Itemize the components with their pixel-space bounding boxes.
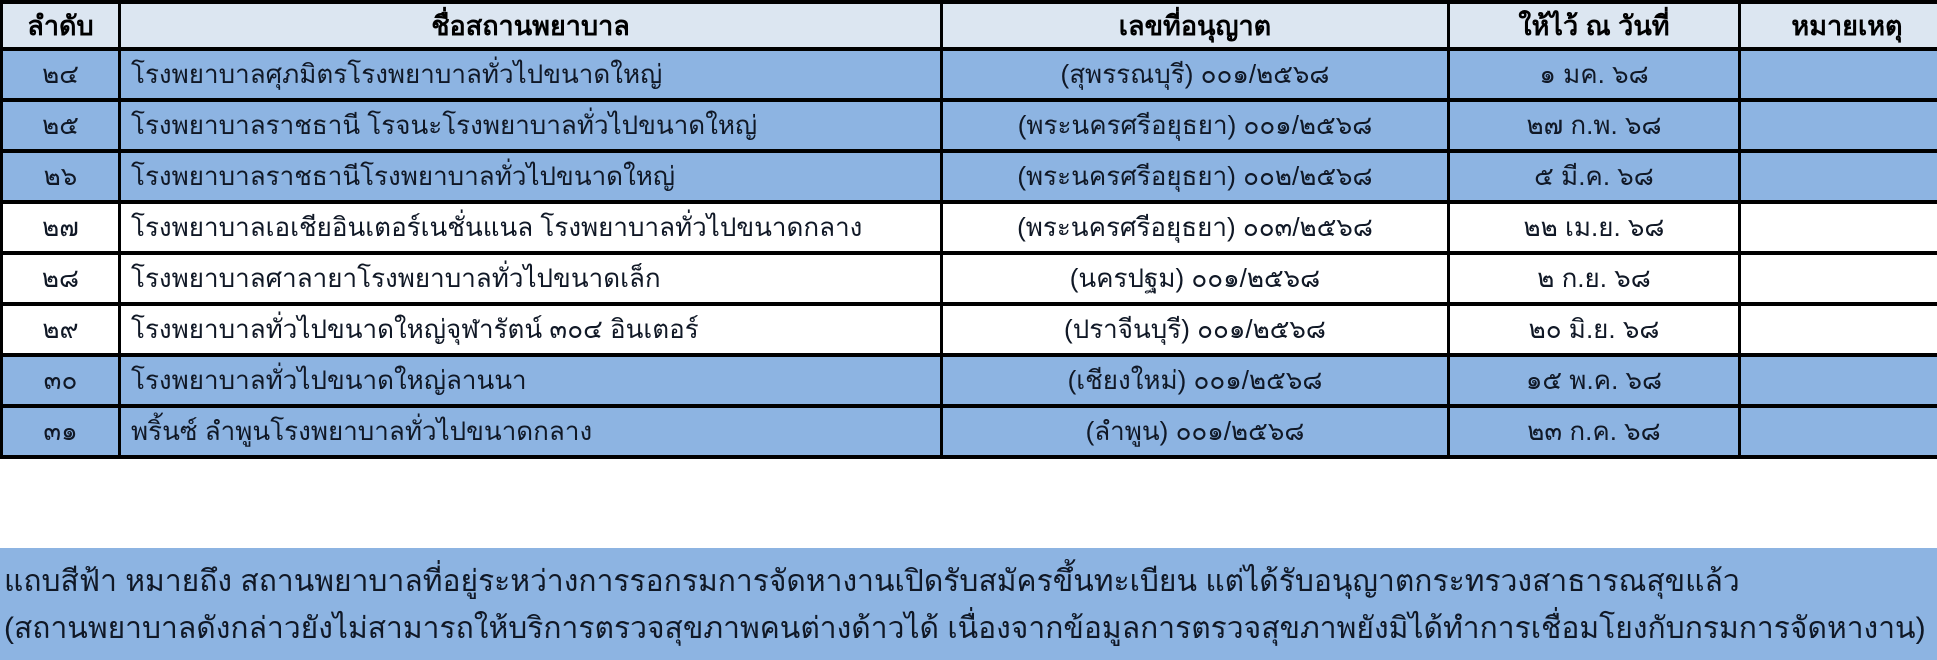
table-row: ๓๐โรงพยาบาลทั่วไปขนาดใหญ่ลานนา(เชียงใหม่… xyxy=(2,355,1937,406)
cell-license: (ลำพูน) ๐๐๑/๒๕๖๘ xyxy=(942,406,1449,457)
header-name: ชื่อสถานพยาบาล xyxy=(120,2,942,49)
table-row: ๒๙โรงพยาบาลทั่วไปขนาดใหญ่จุฬารัตน์ ๓๐๔ อ… xyxy=(2,304,1937,355)
table-row: ๒๖โรงพยาบาลราชธานีโรงพยาบาลทั่วไปขนาดใหญ… xyxy=(2,151,1937,202)
cell-no: ๒๗ xyxy=(2,202,120,253)
cell-license: (พระนครศรีอยุธยา) ๐๐๒/๒๕๖๘ xyxy=(942,151,1449,202)
header-no: ลำดับ xyxy=(2,2,120,49)
cell-name: โรงพยาบาลศาลายาโรงพยาบาลทั่วไปขนาดเล็ก xyxy=(120,253,942,304)
cell-remark xyxy=(1740,49,1937,100)
legend-line-2: (สถานพยาบาลดังกล่าวยังไม่สามารถให้บริการ… xyxy=(4,605,1933,652)
cell-no: ๒๕ xyxy=(2,100,120,151)
table-row: ๒๔โรงพยาบาลศุภมิตรโรงพยาบาลทั่วไปขนาดใหญ… xyxy=(2,49,1937,100)
header-row: ลำดับ ชื่อสถานพยาบาล เลขที่อนุญาต ให้ไว้… xyxy=(2,2,1937,49)
cell-remark xyxy=(1740,304,1937,355)
table-legend-gap xyxy=(0,459,1937,547)
cell-license: (นครปฐม) ๐๐๑/๒๕๖๘ xyxy=(942,253,1449,304)
cell-no: ๓๑ xyxy=(2,406,120,457)
cell-remark xyxy=(1740,355,1937,406)
cell-name: โรงพยาบาลราชธานี โรจนะโรงพยาบาลทั่วไปขนา… xyxy=(120,100,942,151)
cell-name: โรงพยาบาลทั่วไปขนาดใหญ่ลานนา xyxy=(120,355,942,406)
cell-remark xyxy=(1740,100,1937,151)
table-row: ๓๑พริ้นซ์ ลำพูนโรงพยาบาลทั่วไปขนาดกลาง(ล… xyxy=(2,406,1937,457)
table-row: ๒๕โรงพยาบาลราชธานี โรจนะโรงพยาบาลทั่วไปข… xyxy=(2,100,1937,151)
cell-date: ๑ มค. ๖๘ xyxy=(1449,49,1740,100)
cell-name: พริ้นซ์ ลำพูนโรงพยาบาลทั่วไปขนาดกลาง xyxy=(120,406,942,457)
header-date: ให้ไว้ ณ วันที่ xyxy=(1449,2,1740,49)
cell-no: ๒๔ xyxy=(2,49,120,100)
hospital-table-header: ลำดับ ชื่อสถานพยาบาล เลขที่อนุญาต ให้ไว้… xyxy=(2,2,1937,49)
hospital-table: ลำดับ ชื่อสถานพยาบาล เลขที่อนุญาต ให้ไว้… xyxy=(0,0,1937,459)
cell-remark xyxy=(1740,253,1937,304)
cell-date: ๒๓ ก.ค. ๖๘ xyxy=(1449,406,1740,457)
cell-no: ๓๐ xyxy=(2,355,120,406)
cell-date: ๕ มี.ค. ๖๘ xyxy=(1449,151,1740,202)
cell-date: ๒ ก.ย. ๖๘ xyxy=(1449,253,1740,304)
cell-license: (เชียงใหม่) ๐๐๑/๒๕๖๘ xyxy=(942,355,1449,406)
cell-name: โรงพยาบาลทั่วไปขนาดใหญ่จุฬารัตน์ ๓๐๔ อิน… xyxy=(120,304,942,355)
cell-date: ๒๒ เม.ย. ๖๘ xyxy=(1449,202,1740,253)
cell-remark xyxy=(1740,406,1937,457)
hospital-table-body: ๒๔โรงพยาบาลศุภมิตรโรงพยาบาลทั่วไปขนาดใหญ… xyxy=(2,49,1937,457)
cell-name: โรงพยาบาลเอเชียอินเตอร์เนชั่นแนล โรงพยาบ… xyxy=(120,202,942,253)
cell-license: (พระนครศรีอยุธยา) ๐๐๑/๒๕๖๘ xyxy=(942,100,1449,151)
cell-name: โรงพยาบาลราชธานีโรงพยาบาลทั่วไปขนาดใหญ่ xyxy=(120,151,942,202)
header-license: เลขที่อนุญาต xyxy=(942,2,1449,49)
cell-license: (พระนครศรีอยุธยา) ๐๐๓/๒๕๖๘ xyxy=(942,202,1449,253)
table-row: ๒๘โรงพยาบาลศาลายาโรงพยาบาลทั่วไปขนาดเล็ก… xyxy=(2,253,1937,304)
cell-date: ๑๕ พ.ค. ๖๘ xyxy=(1449,355,1740,406)
table-row: ๒๗โรงพยาบาลเอเชียอินเตอร์เนชั่นแนล โรงพย… xyxy=(2,202,1937,253)
legend-line-1: แถบสีฟ้า หมายถึง สถานพยาบาลที่อยู่ระหว่า… xyxy=(4,558,1933,605)
cell-license: (ปราจีนบุรี) ๐๐๑/๒๕๖๘ xyxy=(942,304,1449,355)
cell-no: ๒๘ xyxy=(2,253,120,304)
cell-no: ๒๙ xyxy=(2,304,120,355)
header-remark: หมายเหตุ xyxy=(1740,2,1937,49)
hospital-registry-page: ลำดับ ชื่อสถานพยาบาล เลขที่อนุญาต ให้ไว้… xyxy=(0,0,1937,660)
cell-no: ๒๖ xyxy=(2,151,120,202)
cell-remark xyxy=(1740,202,1937,253)
cell-date: ๒๐ มิ.ย. ๖๘ xyxy=(1449,304,1740,355)
cell-remark xyxy=(1740,151,1937,202)
cell-name: โรงพยาบาลศุภมิตรโรงพยาบาลทั่วไปขนาดใหญ่ xyxy=(120,49,942,100)
blue-row-legend: แถบสีฟ้า หมายถึง สถานพยาบาลที่อยู่ระหว่า… xyxy=(0,548,1937,660)
cell-license: (สุพรรณบุรี) ๐๐๑/๒๕๖๘ xyxy=(942,49,1449,100)
cell-date: ๒๗ ก.พ. ๖๘ xyxy=(1449,100,1740,151)
